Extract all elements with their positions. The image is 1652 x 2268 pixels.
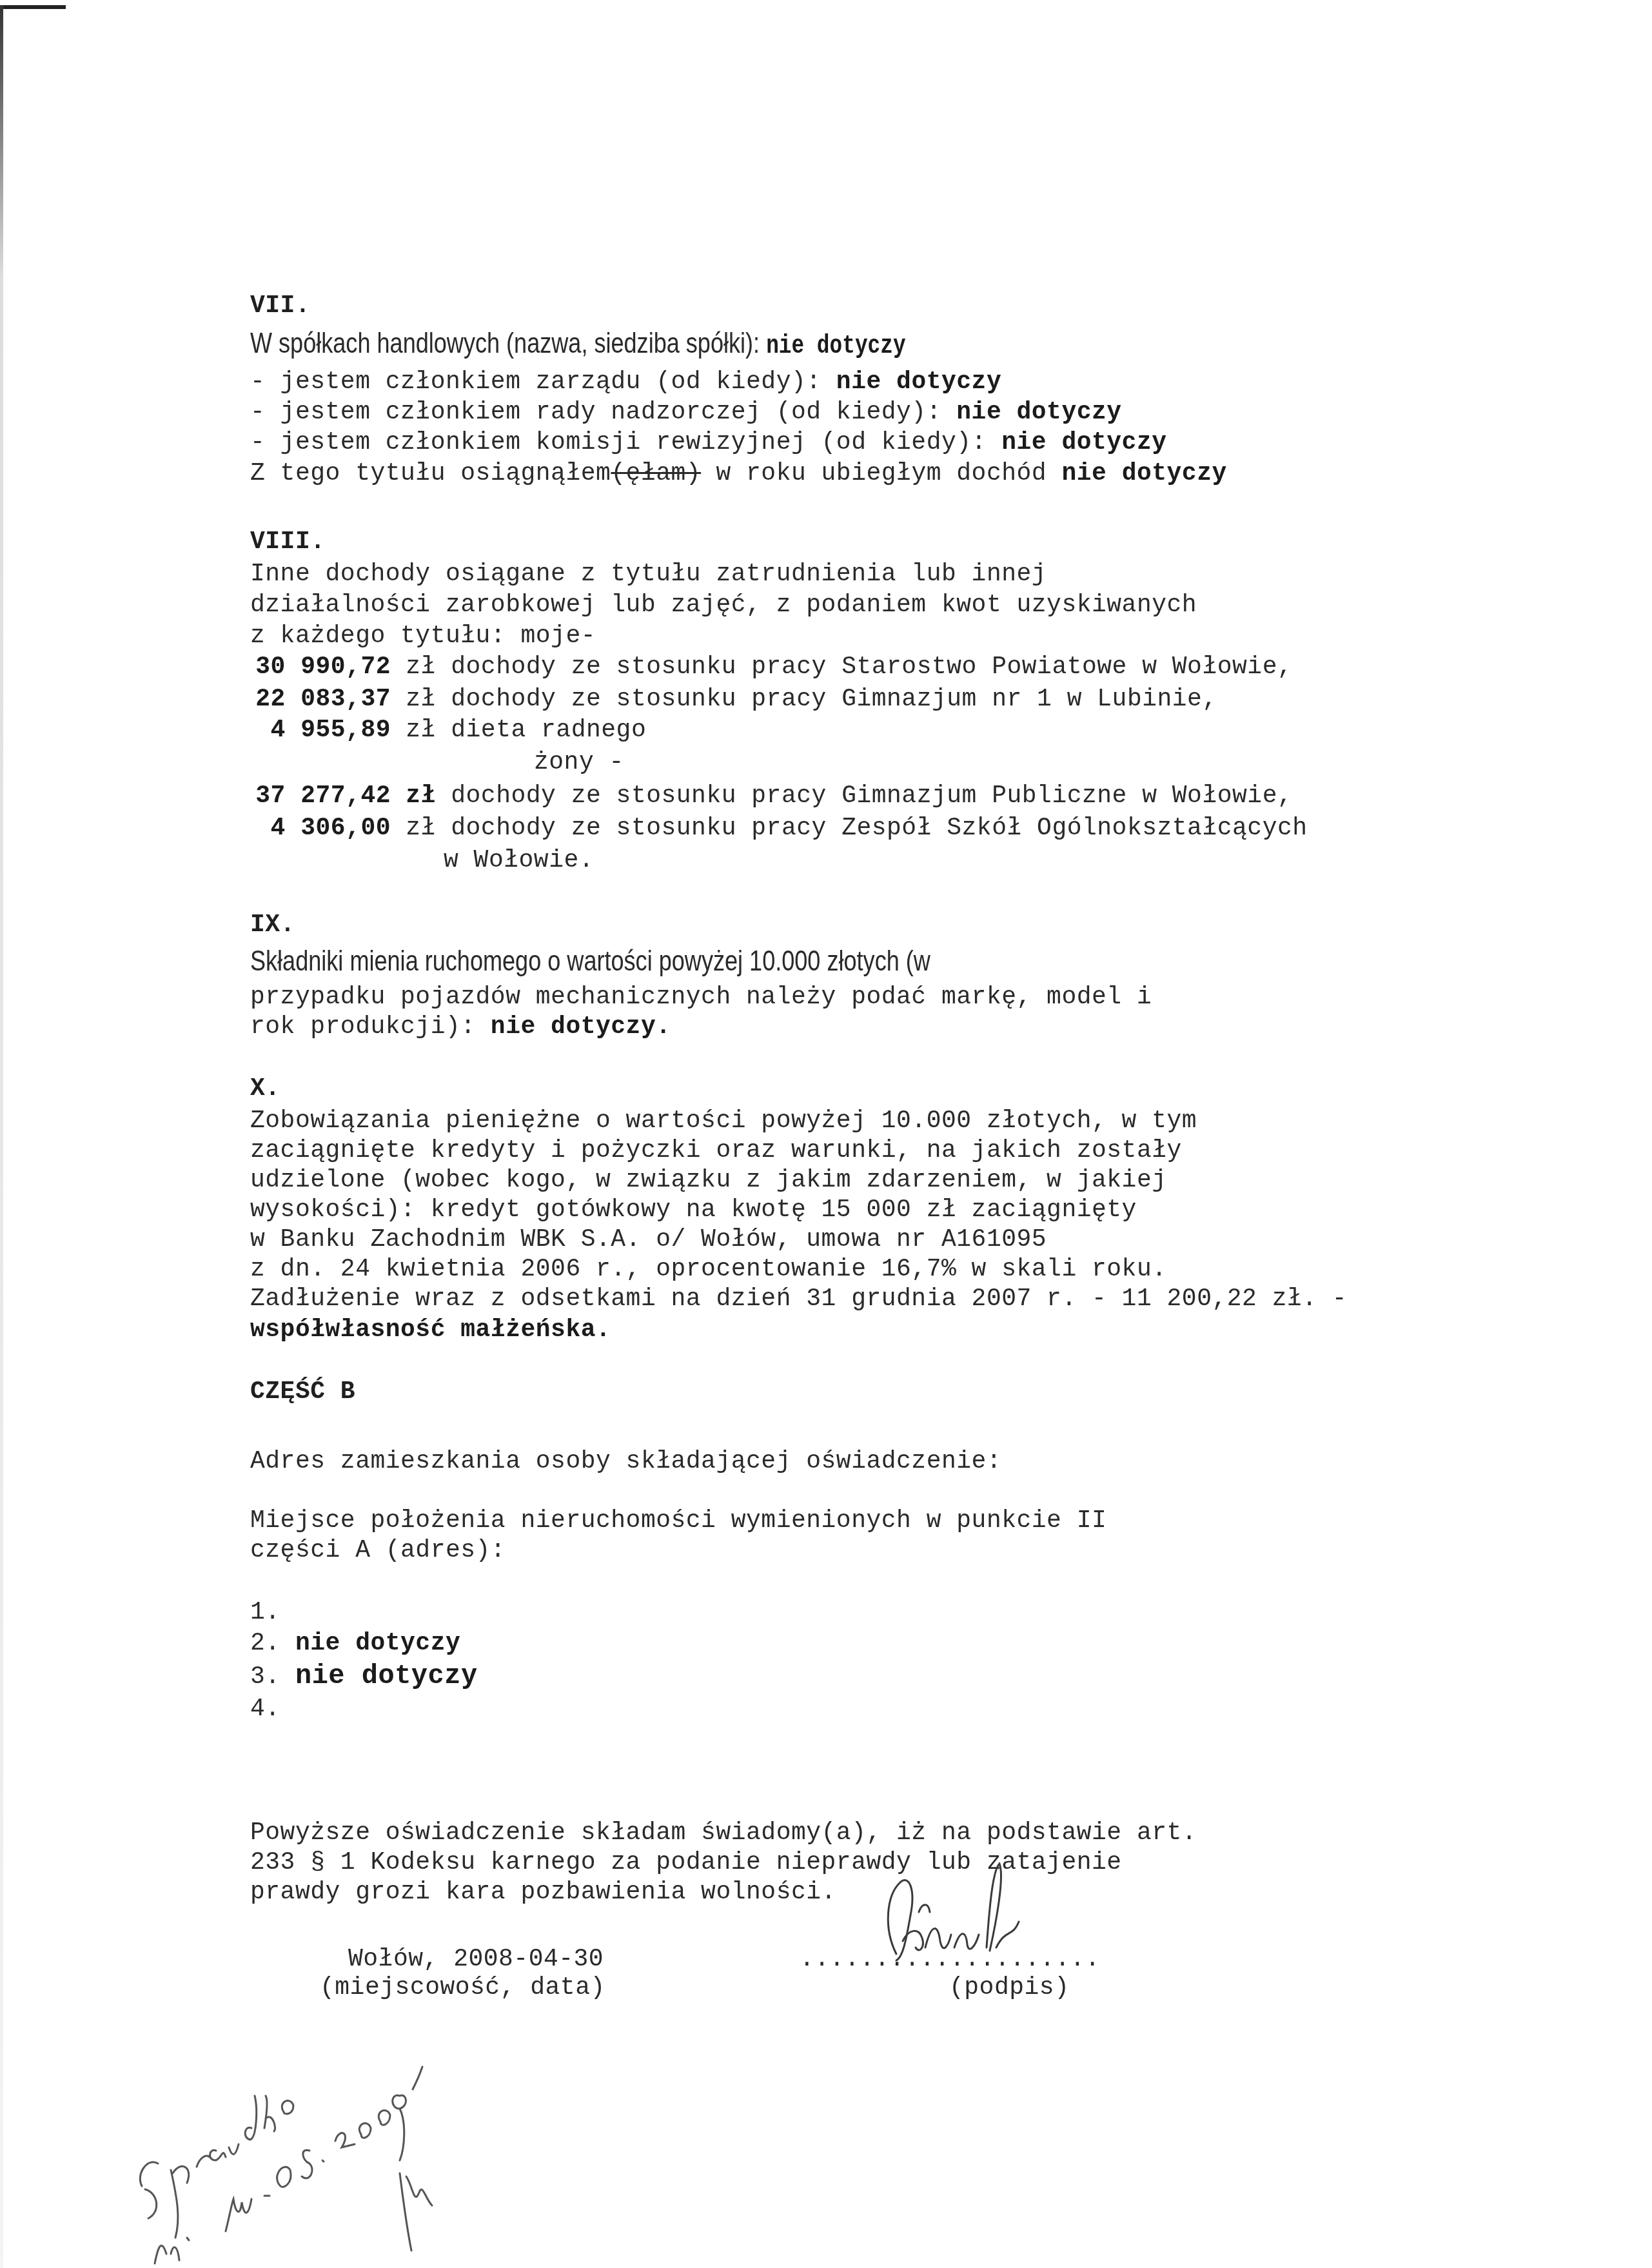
- income-description: dochody ze stosunku pracy Starostwo Powi…: [451, 653, 1292, 681]
- property-item: 2. nie dotyczy: [250, 1629, 460, 1659]
- address-label: Adres zamieszkania osoby składającej ośw…: [250, 1447, 1001, 1477]
- income-row: 4 955,89 zł dieta radnego: [250, 716, 646, 745]
- income-description: dochody ze stosunku pracy Gimnazjum nr 1…: [451, 685, 1217, 713]
- property-item-number: 4.: [250, 1695, 280, 1723]
- income-row: 30 990,72 zł dochody ze stosunku pracy S…: [250, 653, 1292, 682]
- income-continuation: w Wołowie.: [444, 846, 594, 876]
- board-value: nie dotyczy: [836, 368, 1001, 396]
- income-currency: zł: [406, 716, 436, 744]
- declaration-line: prawdy grozi kara pozbawienia wolności.: [250, 1878, 836, 1908]
- section-viii-intro-2: działalności zarobkowej lub zajęć, z pod…: [250, 591, 1197, 620]
- property-item-number: 3.: [250, 1663, 280, 1691]
- property-label-2: części A (adres):: [250, 1536, 506, 1566]
- section-x-line: Zadłużenie wraz z odsetkami na dzień 31 …: [250, 1285, 1347, 1314]
- supervisory-label: - jestem członkiem rady nadzorczej (od k…: [250, 399, 956, 426]
- movable-property-value: nie dotyczy.: [491, 1013, 671, 1041]
- property-item-value: nie dotyczy: [295, 1630, 460, 1657]
- declaration-line: Powyższe oświadczenie składam świadomy(a…: [250, 1819, 1197, 1848]
- handwritten-signature: [858, 1851, 1064, 1967]
- section-x-line: udzielone (wobec kogo, w związku z jakim…: [250, 1166, 1167, 1196]
- income-value: nie dotyczy: [1061, 460, 1226, 488]
- property-item: 3. nie dotyczy: [250, 1661, 478, 1692]
- income-currency: zł: [406, 782, 436, 810]
- section-vii-audit: - jestem członkiem komisji rewizyjnej (o…: [250, 428, 1167, 458]
- section-viii-intro-3: z każdego tytułu: moje-: [250, 622, 596, 651]
- board-label: - jestem członkiem zarządu (od kiedy):: [250, 368, 836, 396]
- property-item-number: 2.: [250, 1630, 280, 1657]
- section-x-line: Zobowiązania pieniężne o wartości powyże…: [250, 1107, 1197, 1136]
- property-label-1: Miejsce położenia nieruchomości wymienio…: [250, 1506, 1106, 1536]
- income-row: 22 083,37 zł dochody ze stosunku pracy G…: [250, 685, 1217, 715]
- section-x-line: w Banku Zachodnim WBK S.A. o/ Wołów, umo…: [250, 1225, 1047, 1255]
- section-vii-supervisory: - jestem członkiem rady nadzorczej (od k…: [250, 398, 1122, 428]
- section-vii-heading: VII.: [250, 291, 310, 321]
- scan-border-left: [0, 5, 3, 2268]
- income-currency: zł: [406, 653, 436, 681]
- income-amount: 37 277,42: [250, 782, 391, 811]
- audit-label: - jestem członkiem komisji rewizyjnej (o…: [250, 429, 1001, 457]
- section-ix-line-1: Składniki mienia ruchomego o wartości po…: [250, 947, 930, 976]
- companies-label: W spółkach handlowych (nazwa, siedziba s…: [250, 328, 766, 359]
- handwritten-verification-note: [97, 2031, 484, 2268]
- section-vii-income: Z tego tytułu osiągnąłem(ęłam) w roku ub…: [250, 459, 1227, 489]
- section-ix-line-2: przypadku pojazdów mechanicznych należy …: [250, 983, 1152, 1012]
- supervisory-value: nie dotyczy: [956, 399, 1121, 426]
- section-ix-heading: IX.: [250, 911, 295, 940]
- section-x-heading: X.: [250, 1074, 280, 1104]
- section-viii-heading: VIII.: [250, 528, 326, 557]
- scan-border-top: [0, 5, 66, 9]
- income-description: dochody ze stosunku pracy Zespół Szkół O…: [451, 814, 1307, 842]
- income-currency: zł: [406, 685, 436, 713]
- income-amount: 4 955,89: [250, 716, 391, 745]
- spouse-label: żony -: [534, 748, 624, 778]
- income-row: 37 277,42 zł dochody ze stosunku pracy G…: [250, 782, 1292, 811]
- section-x-line: wysokości): kredyt gotówkowy na kwotę 15…: [250, 1196, 1137, 1225]
- income-description: dieta radnego: [451, 716, 646, 744]
- place-date: Wołów, 2008-04-30: [348, 1945, 604, 1975]
- section-vii-board: - jestem członkiem zarządu (od kiedy): n…: [250, 368, 1001, 397]
- income-label-a: Z tego tytułu osiągnąłem: [250, 460, 611, 488]
- income-row: 4 306,00 zł dochody ze stosunku pracy Ze…: [250, 814, 1308, 843]
- movable-property-label: rok produkcji):: [250, 1013, 491, 1041]
- income-description: dochody ze stosunku pracy Gimnazjum Publ…: [451, 782, 1292, 810]
- signature-caption: (podpis): [949, 1973, 1069, 2003]
- income-amount: 4 306,00: [250, 814, 391, 843]
- audit-value: nie dotyczy: [1001, 429, 1166, 457]
- place-date-caption: (miejscowość, data): [320, 1973, 605, 2003]
- section-viii-intro-1: Inne dochody osiągane z tytułu zatrudnie…: [250, 560, 1047, 589]
- struck-suffix: (ęłam): [611, 460, 701, 488]
- companies-value: nie dotyczy: [766, 332, 906, 361]
- property-item-value: nie dotyczy: [295, 1661, 478, 1691]
- income-currency: zł: [406, 814, 436, 842]
- property-item: 1.: [250, 1598, 295, 1628]
- section-x-ownership: współwłasność małżeńska.: [250, 1316, 611, 1345]
- income-amount: 22 083,37: [250, 685, 391, 715]
- section-x-line: z dn. 24 kwietnia 2006 r., oprocentowani…: [250, 1255, 1167, 1285]
- section-x-line: zaciągnięte kredyty i pożyczki oraz waru…: [250, 1136, 1182, 1166]
- property-item-number: 1.: [250, 1599, 280, 1626]
- section-ix-line-3: rok produkcji): nie dotyczy.: [250, 1012, 671, 1042]
- income-label-b: w roku ubiegłym dochód: [701, 460, 1061, 488]
- property-item: 4.: [250, 1695, 295, 1724]
- part-b-heading: CZĘŚĆ B: [250, 1377, 355, 1407]
- income-amount: 30 990,72: [250, 653, 391, 682]
- section-vii-companies: W spółkach handlowych (nazwa, siedziba s…: [250, 329, 906, 362]
